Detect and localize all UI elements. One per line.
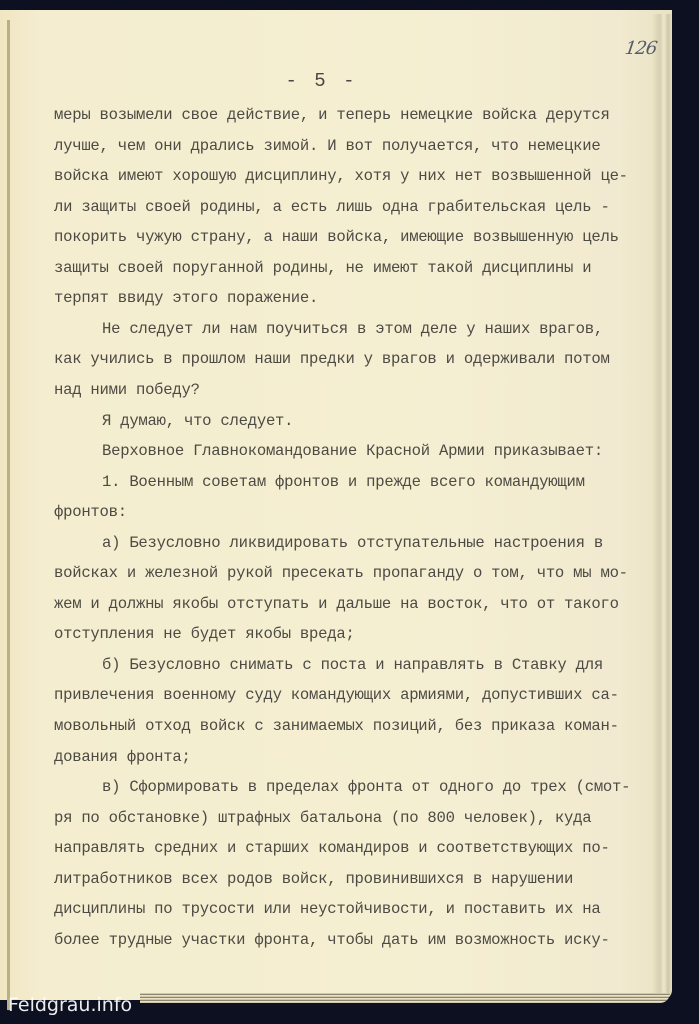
text-line: 1. Военным советам фронтов и прежде всег… <box>102 473 585 491</box>
text-line: ли защиты своей родины, а есть лишь одна… <box>54 198 610 216</box>
text-line: дования фронта; <box>54 748 191 766</box>
watermark: Feldgrau.info <box>8 994 132 1016</box>
text-line: мовольный отход войск с занимаемых позиц… <box>54 717 619 735</box>
text-line: защиты своей поруганной родины, не имеют… <box>54 259 591 277</box>
text-line: более трудные участки фронта, чтобы дать… <box>54 931 610 949</box>
folio-number: 126 <box>624 38 658 59</box>
text-line: ря по обстановке) штрафных батальона (по… <box>54 809 591 827</box>
text-line: фронтов: <box>54 503 127 521</box>
page-number: - 5 - <box>0 70 640 92</box>
text-line: покорить чужую страну, а наши войска, им… <box>54 228 619 246</box>
text-line: как учились в прошлом наши предки у враг… <box>54 350 610 368</box>
text-line: Не следует ли нам поучиться в этом деле … <box>102 320 603 338</box>
text-line: лучше, чем они дрались зимой. И вот полу… <box>54 137 600 155</box>
text-line: направлять средних и старших командиров … <box>54 839 610 857</box>
document-page: 126 - 5 - меры возымели свое действие, и… <box>0 10 672 1000</box>
text-line: терпят ввиду этого поражение. <box>54 289 318 307</box>
text-line: отступления не будет якобы вреда; <box>54 625 355 643</box>
page-edge-stack <box>652 14 672 1002</box>
text-line: в) Сформировать в пределах фронта от одн… <box>102 778 630 796</box>
text-line: войска имеют хорошую дисциплину, хотя у … <box>54 167 628 185</box>
text-line: литработников всех родов войск, провинив… <box>54 870 573 888</box>
text-line: меры возымели свое действие, и теперь не… <box>54 106 610 124</box>
text-line: дисциплины по трусости или неустойчивост… <box>54 900 600 918</box>
text-line: б) Безусловно снимать с поста и направля… <box>102 656 603 674</box>
text-line: Верховное Главнокомандование Красной Арм… <box>102 442 603 460</box>
page-binding-line <box>7 20 10 1010</box>
text-line: Я думаю, что следует. <box>102 412 293 430</box>
text-line: привлечения военному суду командующих ар… <box>54 686 619 704</box>
text-line: а) Безусловно ликвидировать отступательн… <box>102 534 603 552</box>
text-line: войсках и железной рукой пресекать пропа… <box>54 564 628 582</box>
text-line: над ними победу? <box>54 381 200 399</box>
bottom-page-stack <box>140 993 670 1003</box>
text-line: жем и должны якобы отступать и дальше на… <box>54 595 619 613</box>
